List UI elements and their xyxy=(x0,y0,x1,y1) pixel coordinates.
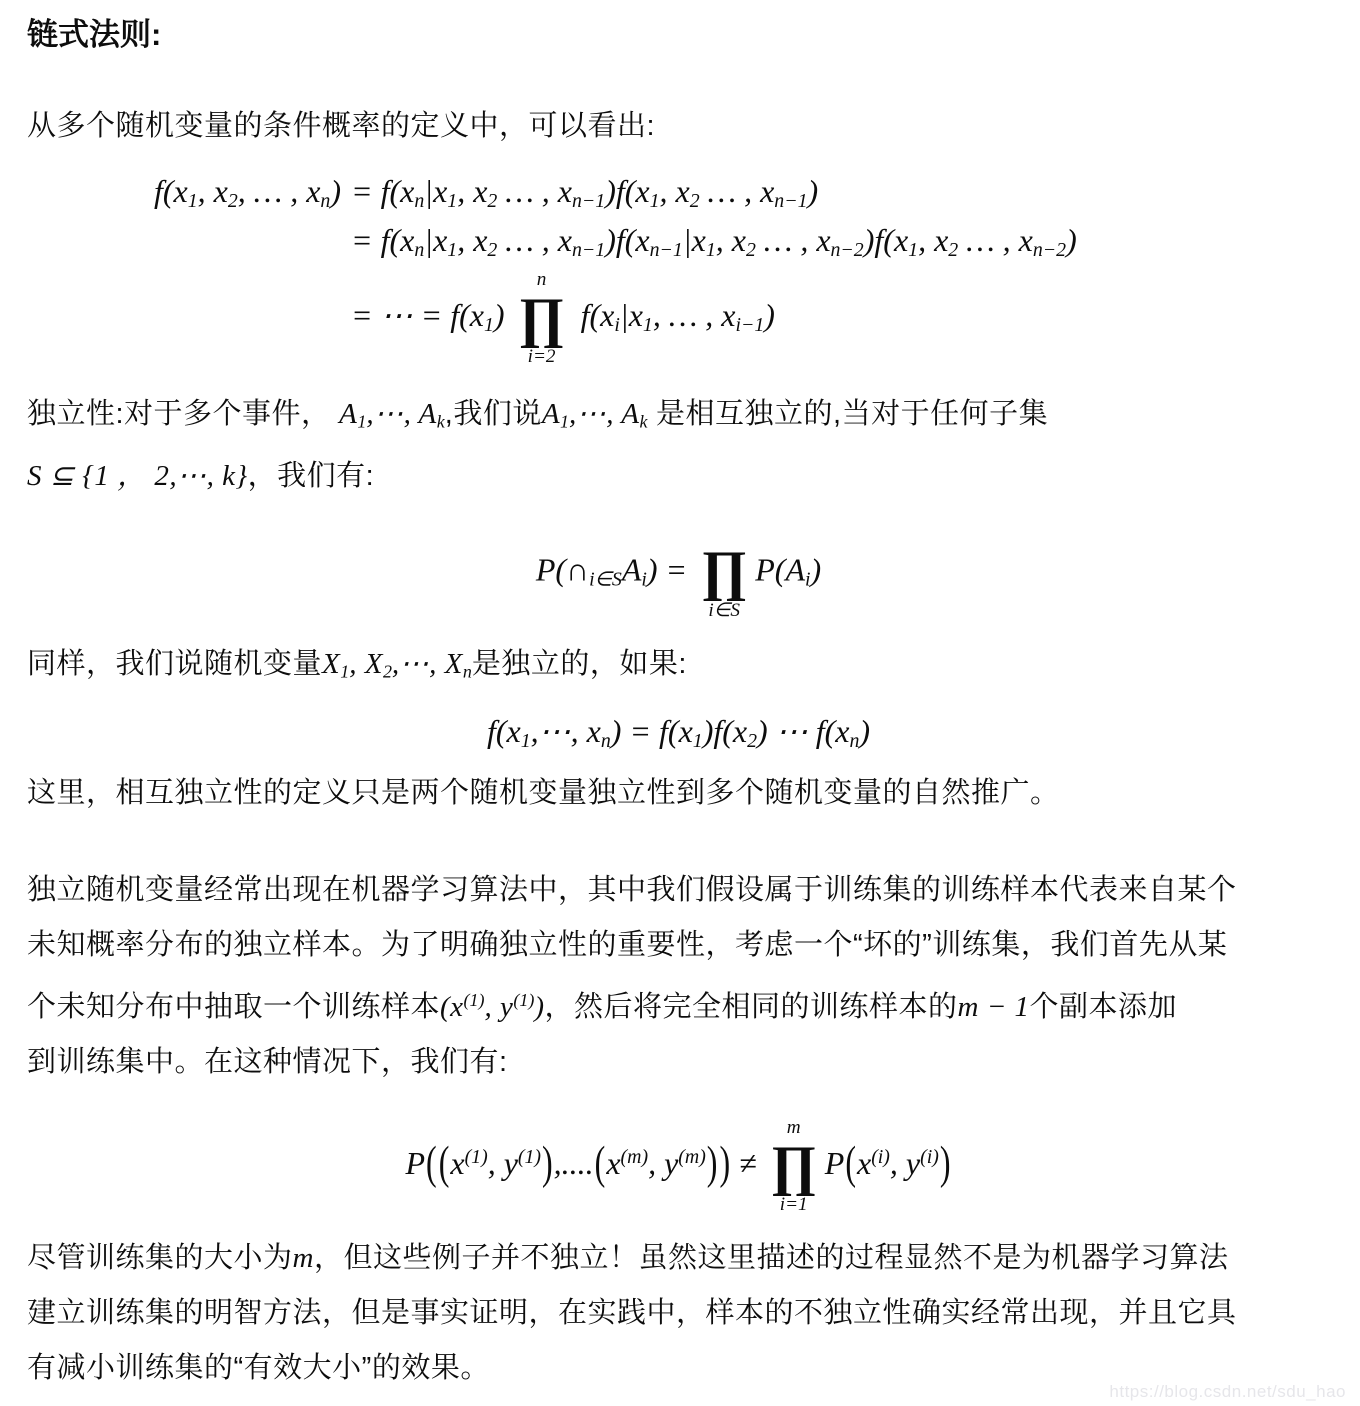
csdn-watermark: https://blog.csdn.net/sdu_hao xyxy=(1109,1382,1346,1402)
chain-rule-equation: f(x1, x2, … , xn)= f(xn|x1, x2 … , xn−1)… xyxy=(89,170,1330,369)
equation-lhs: f(x1, x2, … , xn) xyxy=(89,170,341,215)
equation-row: = f(xn|x1, x2 … , xn−1)f(xn−1|x1, x2 … ,… xyxy=(89,219,1330,264)
random-variables-definition: 同样，我们说随机变量X1, X2,⋯, Xn是独立的，如果: xyxy=(27,637,1330,699)
equation-line-1: = f(xn|x1, x2 … , xn−1)f(x1, x2 … , xn−1… xyxy=(351,173,818,209)
equation-line-2: = f(xn|x1, x2 … , xn−1)f(xn−1|x1, x2 … ,… xyxy=(351,222,1077,258)
independence-definition: 独立性:对于多个事件， A1,⋯, Ak,我们说A1,⋯, Ak 是相互独立的,… xyxy=(27,387,1330,504)
conclusion-paragraph: 尽管训练集的大小为m，但这些例子并不独立！虽然这里描述的过程显然不是为机器学习算… xyxy=(27,1231,1330,1396)
rv-independence-equation: f(x1,⋯, xn) = f(x1)f(x2) ⋯ f(xn) xyxy=(27,711,1330,754)
events-independence-equation: P(∩i∈SAi) = ∏i∈SP(Ai) xyxy=(27,524,1330,622)
product-operator: n∏i=2 xyxy=(519,268,565,369)
ml-example-paragraph: 独立随机变量经常出现在机器学习算法中，其中我们假设属于训练集的训练样本代表来自某… xyxy=(27,863,1330,1090)
bad-training-set-equation: P((x(1), y(1)),....(x(m), y(m))) ≠ m∏i=1… xyxy=(27,1116,1330,1217)
equation-row: f(x1, x2, … , xn)= f(xn|x1, x2 … , xn−1)… xyxy=(89,170,1330,215)
product-operator: ∏i∈S xyxy=(701,524,747,622)
generalization-note: 这里，相互独立性的定义只是两个随机变量独立性到多个随机变量的自然推广。 xyxy=(27,766,1330,821)
equation-line-3: = ⋯ = f(x1) n∏i=2 f(xi|x1, … , xi−1) xyxy=(351,297,775,333)
equation-row: = ⋯ = f(x1) n∏i=2 f(xi|x1, … , xi−1) xyxy=(89,268,1330,369)
section-title: 链式法则: xyxy=(27,16,1330,53)
product-operator: m∏i=1 xyxy=(771,1116,817,1217)
article-page: 链式法则: 从多个随机变量的条件概率的定义中，可以看出: f(x1, x2, …… xyxy=(0,0,1360,1406)
intro-paragraph: 从多个随机变量的条件概率的定义中，可以看出: xyxy=(27,99,1330,154)
